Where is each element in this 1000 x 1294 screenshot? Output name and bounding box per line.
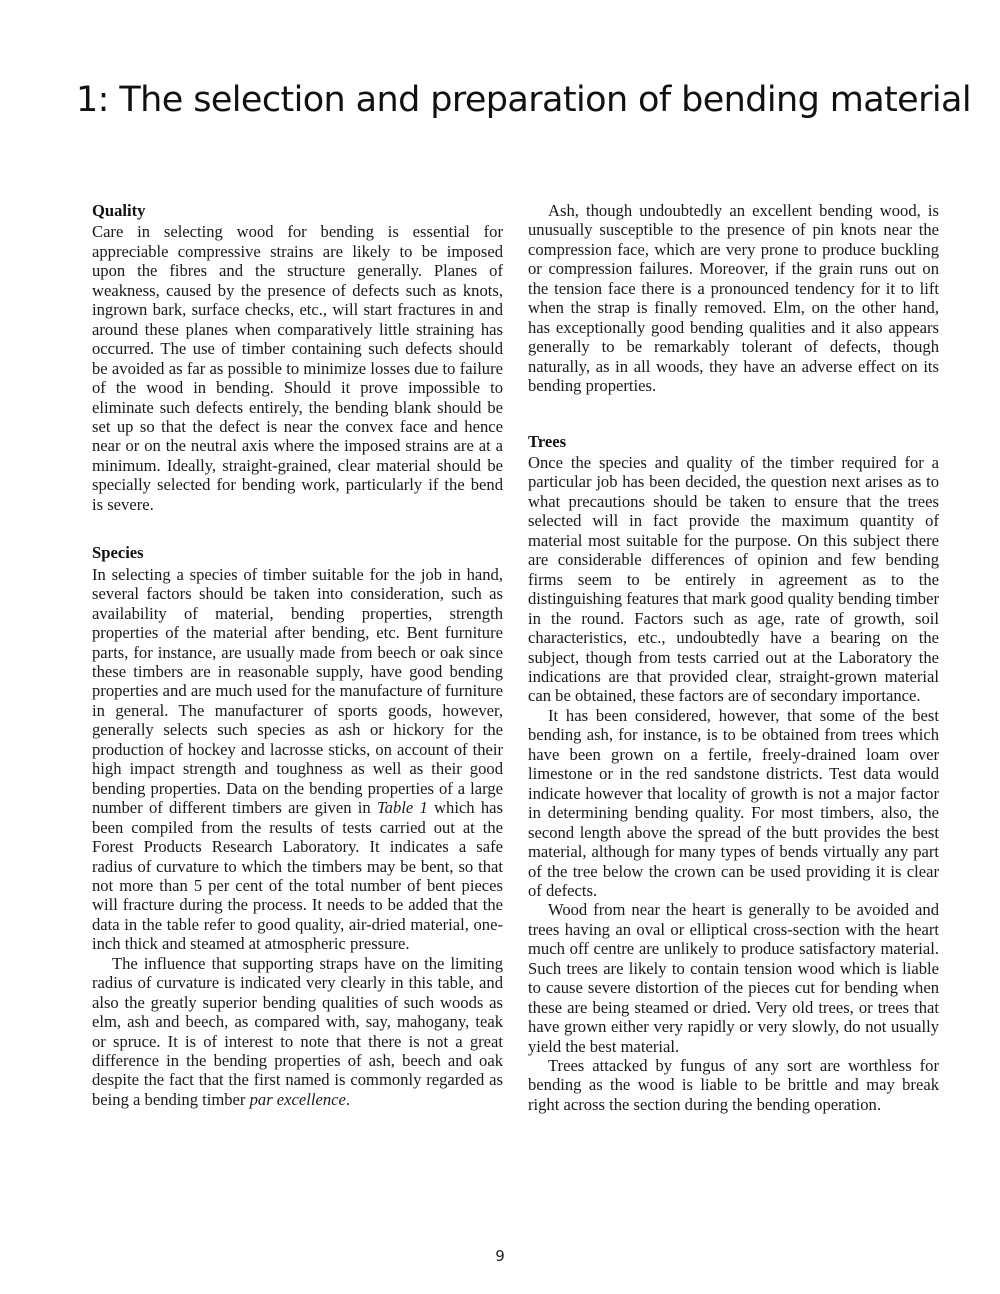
section-heading-species: Species — [92, 543, 503, 562]
section-spacer — [528, 396, 939, 432]
trees-paragraph-3: Wood from near the heart is generally to… — [528, 900, 939, 1056]
species-text: . — [346, 1090, 350, 1109]
section-heading-quality: Quality — [92, 201, 503, 220]
table-reference: Table 1 — [377, 798, 428, 817]
species-paragraph-1: In selecting a species of timber suitabl… — [92, 565, 503, 954]
trees-paragraph-2: It has been considered, however, that so… — [528, 706, 939, 901]
section-trees: Trees Once the species and quality of th… — [528, 432, 939, 1115]
trees-paragraph-4: Trees attacked by fungus of any sort are… — [528, 1056, 939, 1114]
left-column: Quality Care in selecting wood for bendi… — [92, 201, 503, 1109]
species-text: In selecting a species of timber suitabl… — [92, 565, 503, 817]
species-text: which has been compiled from the results… — [92, 798, 503, 953]
italic-phrase: par excellence — [250, 1090, 346, 1109]
chapter-title: 1: The selection and preparation of bend… — [76, 80, 936, 120]
section-heading-trees: Trees — [528, 432, 939, 451]
species-text: The influence that supporting straps hav… — [92, 954, 503, 1109]
ash-paragraph: Ash, though undoubtedly an excellent ben… — [528, 201, 939, 396]
page-number: 9 — [0, 1247, 1000, 1265]
quality-paragraph: Care in selecting wood for bending is es… — [92, 222, 503, 514]
section-spacer — [92, 514, 503, 543]
right-column: Ash, though undoubtedly an excellent ben… — [528, 201, 939, 1114]
section-species: Species In selecting a species of timber… — [92, 543, 503, 1109]
species-paragraph-2: The influence that supporting straps hav… — [92, 954, 503, 1110]
section-quality: Quality Care in selecting wood for bendi… — [92, 201, 503, 514]
trees-paragraph-1: Once the species and quality of the timb… — [528, 453, 939, 706]
